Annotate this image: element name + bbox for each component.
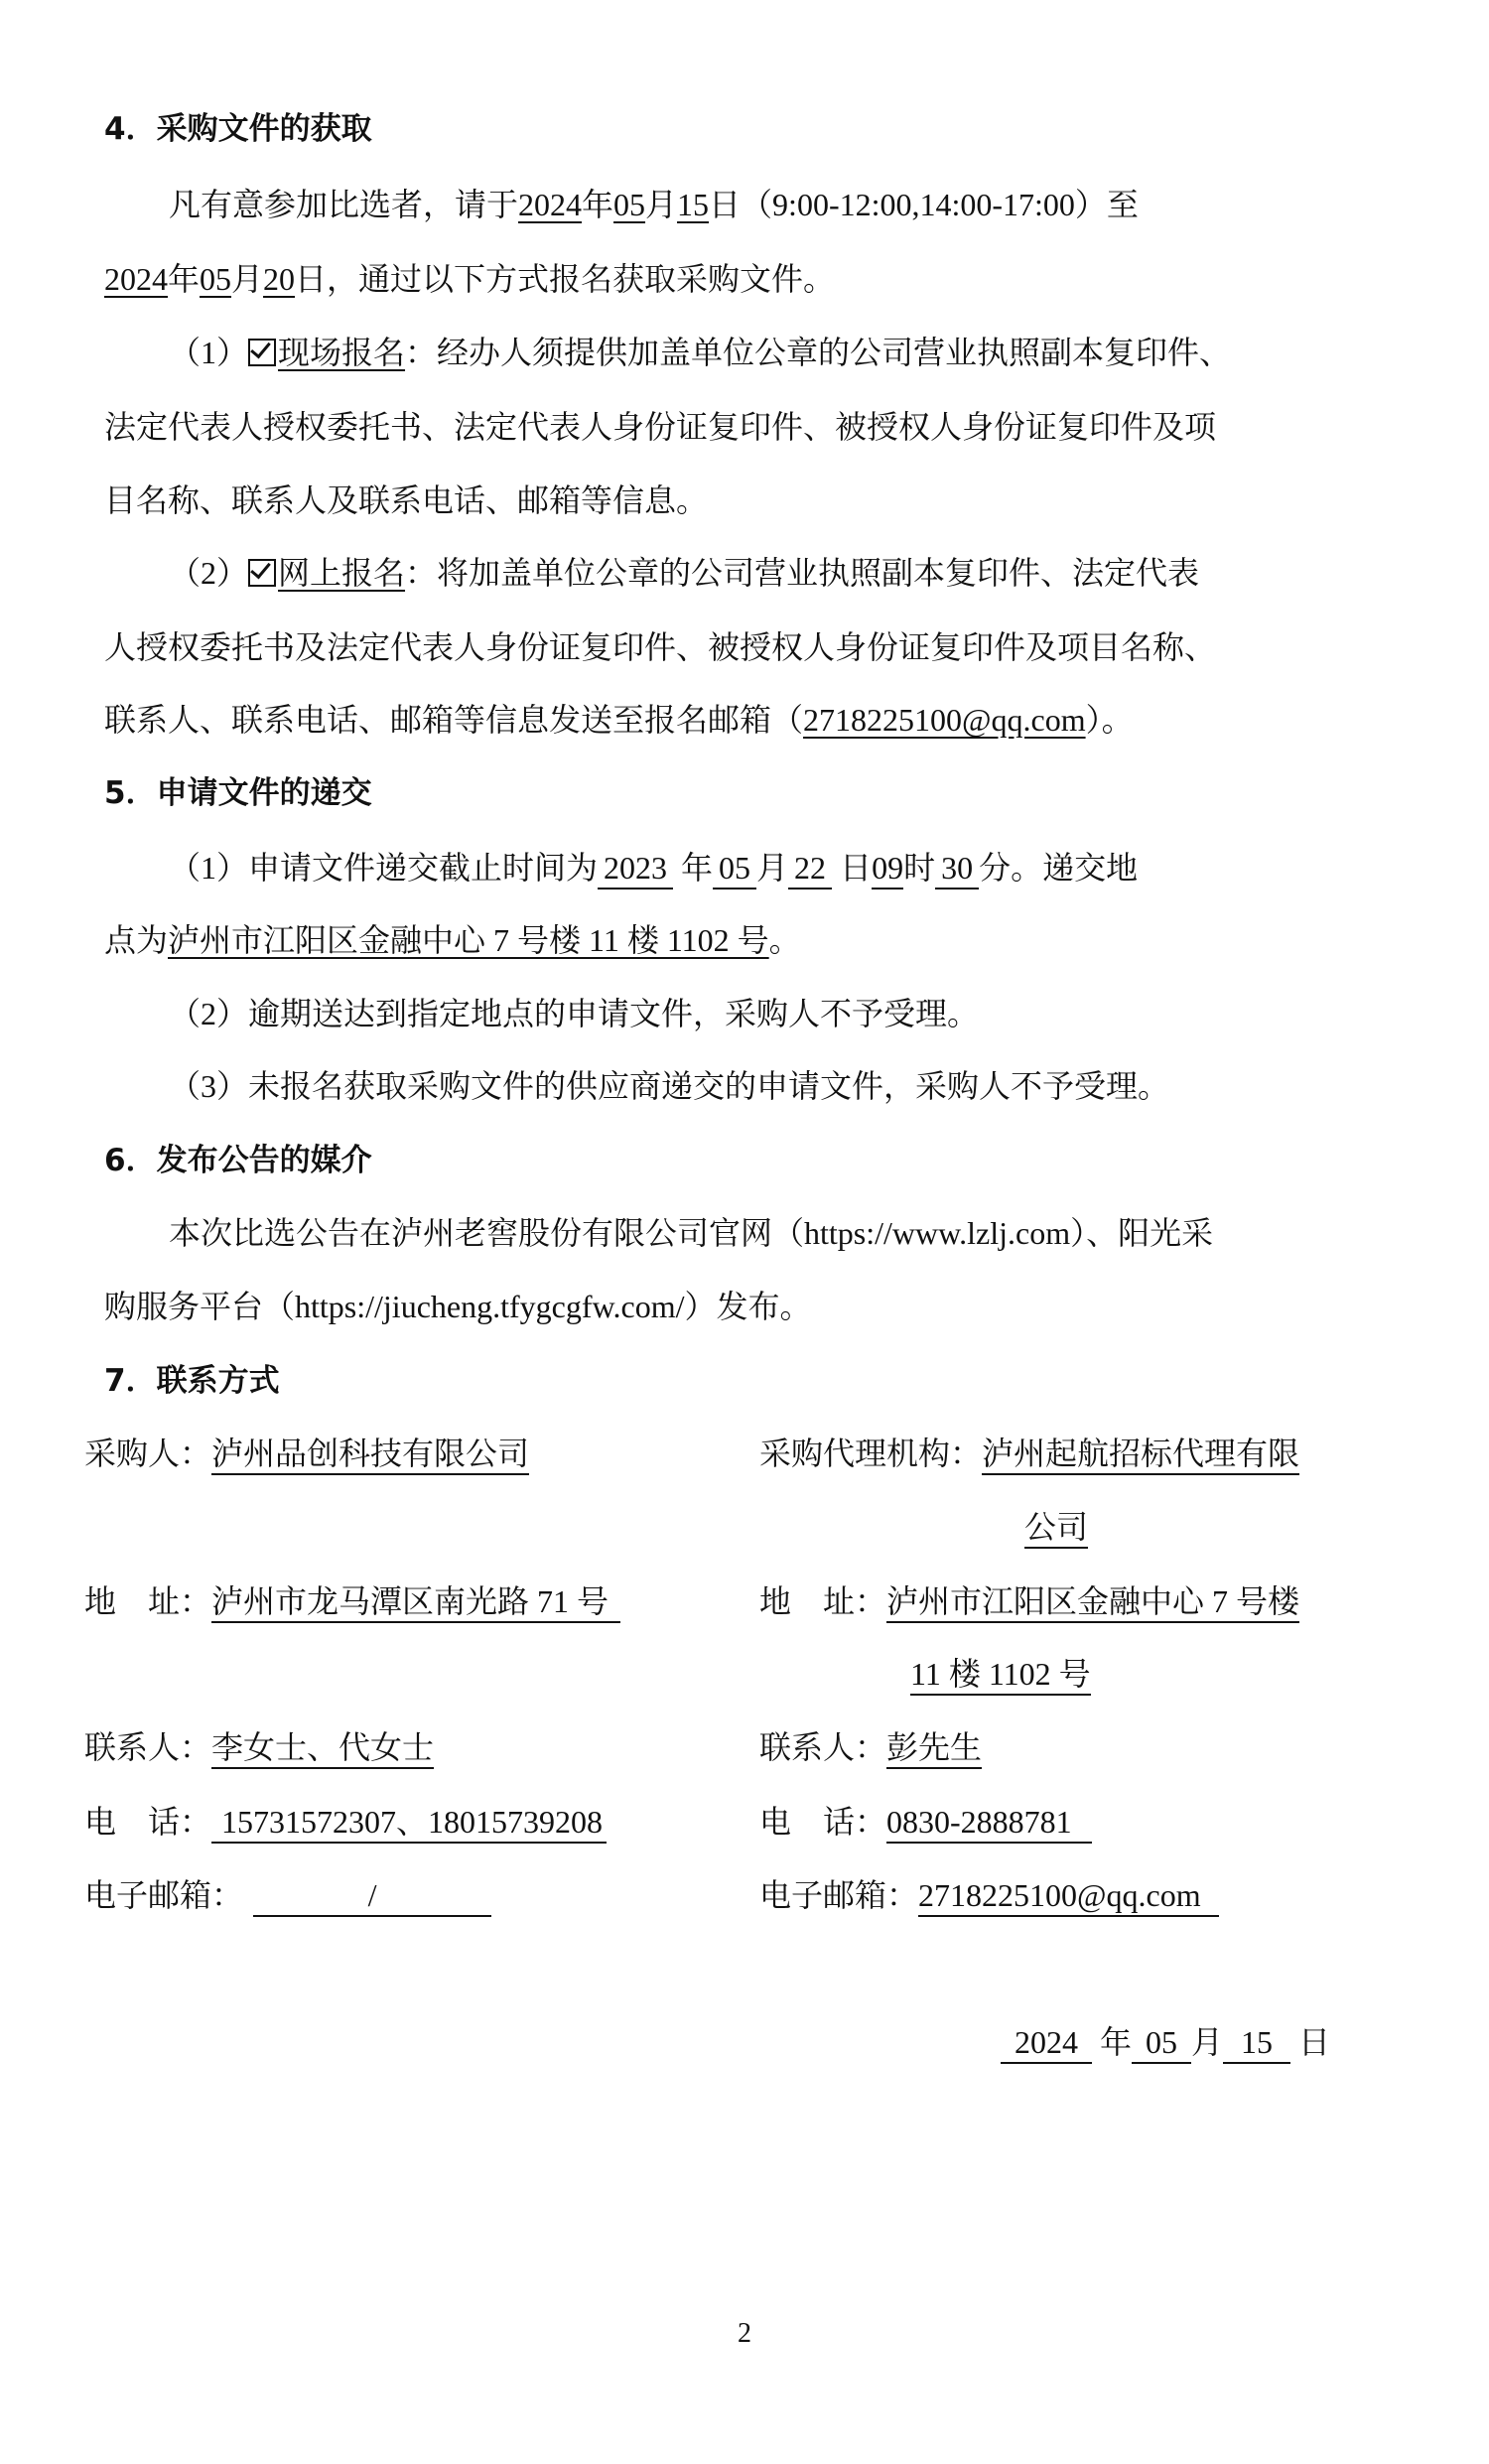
text: ：经办人须提供加盖单位公章的公司营业执照副本复印件、 xyxy=(405,335,1231,370)
online-registration-line-2: 人授权委托书及法定代表人身份证复印件、被授权人身份证复印件及项目名称、 xyxy=(104,622,1216,672)
agency-address-row-2: 11 楼 1102 号 xyxy=(910,1649,1091,1699)
agency-address-line-2: 11 楼 1102 号 xyxy=(910,1654,1091,1696)
text: 月 xyxy=(231,261,263,297)
agency-phone-row: 电 话：0830-2888781 xyxy=(759,1797,1092,1847)
agency-email-row: 电子邮箱：2718225100@qq.com xyxy=(759,1870,1219,1920)
deadline-month: 05 xyxy=(713,848,756,890)
online-registration-option: 网上报名 xyxy=(248,555,405,591)
section-4-paragraph-line-2: 2024年05月20日，通过以下方式报名获取采购文件。 xyxy=(104,254,835,304)
purchaser-phone-row: 电 话：15731572307、18015739208 xyxy=(84,1797,607,1847)
text: 日 xyxy=(1298,2024,1330,2060)
end-year: 2024 xyxy=(104,261,168,297)
submission-location: 泸州市江阳区金融中心 7 号楼 11 楼 1102 号 xyxy=(168,922,769,958)
agency-contact: 彭先生 xyxy=(886,1727,982,1769)
text: 时 xyxy=(903,850,935,886)
agency-address-row: 地 址：泸州市江阳区金融中心 7 号楼 xyxy=(759,1576,1299,1626)
checkbox-checked-icon xyxy=(248,559,276,587)
option-label: 现场报名 xyxy=(278,335,405,370)
purchaser-name-row: 采购人：泸州品创科技有限公司 xyxy=(84,1429,529,1478)
date-year: 2024 xyxy=(1001,2022,1092,2064)
onsite-registration-line-3: 目名称、联系人及联系电话、邮箱等信息。 xyxy=(104,476,708,525)
purchaser-email-row: 电子邮箱：/ xyxy=(84,1870,491,1920)
agency-email-link[interactable]: 2718225100@qq.com xyxy=(918,1875,1219,1917)
item-number: （1） xyxy=(169,335,248,370)
late-submission-rule: （2）逾期送达到指定地点的申请文件，采购人不予受理。 xyxy=(169,989,979,1038)
deadline-minute: 30 xyxy=(935,848,979,890)
online-registration-line-1: （2）网上报名：将加盖单位公章的公司营业执照副本复印件、法定代表 xyxy=(169,548,1199,598)
text: ）。 xyxy=(1086,702,1134,738)
agency-name-row-2: 公司 xyxy=(1024,1502,1088,1552)
section-5-heading: 5．申请文件的递交 xyxy=(104,768,372,818)
start-day: 15 xyxy=(677,187,709,222)
contact-label: 联系人： xyxy=(759,1729,886,1765)
deadline-year: 2023 xyxy=(598,848,673,890)
item-number: （2） xyxy=(169,555,248,591)
text: 年 xyxy=(582,187,613,222)
submission-location-line: 点为泸州市江阳区金融中心 7 号楼 11 楼 1102 号。 xyxy=(104,915,801,965)
phone-label: 电 话： xyxy=(759,1804,886,1840)
deadline-day: 22 xyxy=(788,848,832,890)
deadline-hour: 09 xyxy=(872,848,903,890)
text: 凡有意参加比选者，请于 xyxy=(169,187,518,222)
text: 月 xyxy=(645,187,677,222)
purchaser-address-row: 地 址：泸州市龙马潭区南光路 71 号 xyxy=(84,1576,620,1626)
agency-name-row: 采购代理机构：泸州起航招标代理有限 xyxy=(759,1429,1299,1478)
end-day: 20 xyxy=(263,261,295,297)
agency-label: 采购代理机构： xyxy=(759,1436,982,1471)
section-4-paragraph-line-1: 凡有意参加比选者，请于2024年05月15日（9:00-12:00,14:00-… xyxy=(169,180,1139,229)
contact-label: 联系人： xyxy=(84,1729,211,1765)
section-6-heading: 6．发布公告的媒介 xyxy=(104,1136,372,1185)
email-label: 电子邮箱： xyxy=(759,1877,918,1913)
address-label: 地 址： xyxy=(84,1583,211,1619)
text: 联系人、联系电话、邮箱等信息发送至报名邮箱（ xyxy=(104,702,803,738)
signature-date: 2024 年05月15 日 xyxy=(1001,2017,1330,2067)
section-7-heading: 7．联系方式 xyxy=(104,1356,280,1406)
start-month: 05 xyxy=(613,187,645,222)
purchaser-contact: 李女士、代女士 xyxy=(211,1727,434,1769)
text: 日，通过以下方式报名获取采购文件。 xyxy=(295,261,835,297)
text: 日（9:00-12:00,14:00-17:00）至 xyxy=(709,187,1139,222)
text: 年 xyxy=(1100,2024,1132,2060)
date-day: 15 xyxy=(1223,2022,1290,2064)
date-month: 05 xyxy=(1132,2022,1191,2064)
purchaser-address: 泸州市龙马潭区南光路 71 号 xyxy=(211,1581,620,1623)
agency-name-line-1: 泸州起航招标代理有限 xyxy=(982,1434,1299,1475)
agency-contact-row: 联系人：彭先生 xyxy=(759,1722,982,1772)
text: 。 xyxy=(769,922,801,958)
address-label: 地 址： xyxy=(759,1583,886,1619)
unregistered-supplier-rule: （3）未报名获取采购文件的供应商递交的申请文件，采购人不予受理。 xyxy=(169,1061,1169,1111)
text: 年 xyxy=(168,261,200,297)
agency-name-line-2: 公司 xyxy=(1024,1507,1088,1549)
text: ：将加盖单位公章的公司营业执照副本复印件、法定代表 xyxy=(405,555,1199,591)
online-registration-line-3: 联系人、联系电话、邮箱等信息发送至报名邮箱（2718225100@qq.com）… xyxy=(104,695,1134,745)
page-number: 2 xyxy=(0,2318,1489,2350)
text: 日 xyxy=(840,850,872,886)
email-label: 电子邮箱： xyxy=(84,1877,243,1913)
checkbox-checked-icon xyxy=(248,339,276,366)
text: 月 xyxy=(1191,2024,1223,2060)
text: （1）申请文件递交截止时间为 xyxy=(169,850,598,886)
purchaser-phone: 15731572307、18015739208 xyxy=(211,1802,607,1844)
option-label: 网上报名 xyxy=(278,555,405,591)
text: 分。递交地 xyxy=(979,850,1138,886)
purchaser-contact-row: 联系人：李女士、代女士 xyxy=(84,1722,434,1772)
registration-email-link[interactable]: 2718225100@qq.com xyxy=(803,702,1086,738)
purchaser-label: 采购人： xyxy=(84,1436,211,1471)
text: 年 xyxy=(681,850,713,886)
media-line-1: 本次比选公告在泸州老窖股份有限公司官网（https://www.lzlj.com… xyxy=(169,1208,1213,1258)
end-month: 05 xyxy=(200,261,231,297)
onsite-registration-option: 现场报名 xyxy=(248,335,405,370)
start-year: 2024 xyxy=(518,187,582,222)
section-4-heading: 4．采购文件的获取 xyxy=(104,104,372,154)
media-line-2: 购服务平台（https://jiucheng.tfygcgfw.com/）发布。 xyxy=(104,1282,812,1331)
agency-phone: 0830-2888781 xyxy=(886,1802,1092,1844)
submission-deadline-line-1: （1）申请文件递交截止时间为2023 年05月22 日09时30分。递交地 xyxy=(169,843,1138,892)
purchaser-name: 泸州品创科技有限公司 xyxy=(211,1434,529,1475)
phone-label: 电 话： xyxy=(84,1804,211,1840)
purchaser-email: / xyxy=(253,1875,491,1917)
agency-address-line-1: 泸州市江阳区金融中心 7 号楼 xyxy=(886,1581,1299,1623)
text: 点为 xyxy=(104,922,168,958)
onsite-registration-line-2: 法定代表人授权委托书、法定代表人身份证复印件、被授权人身份证复印件及项 xyxy=(104,402,1216,452)
text: 月 xyxy=(756,850,788,886)
onsite-registration-line-1: （1）现场报名：经办人须提供加盖单位公章的公司营业执照副本复印件、 xyxy=(169,328,1231,377)
